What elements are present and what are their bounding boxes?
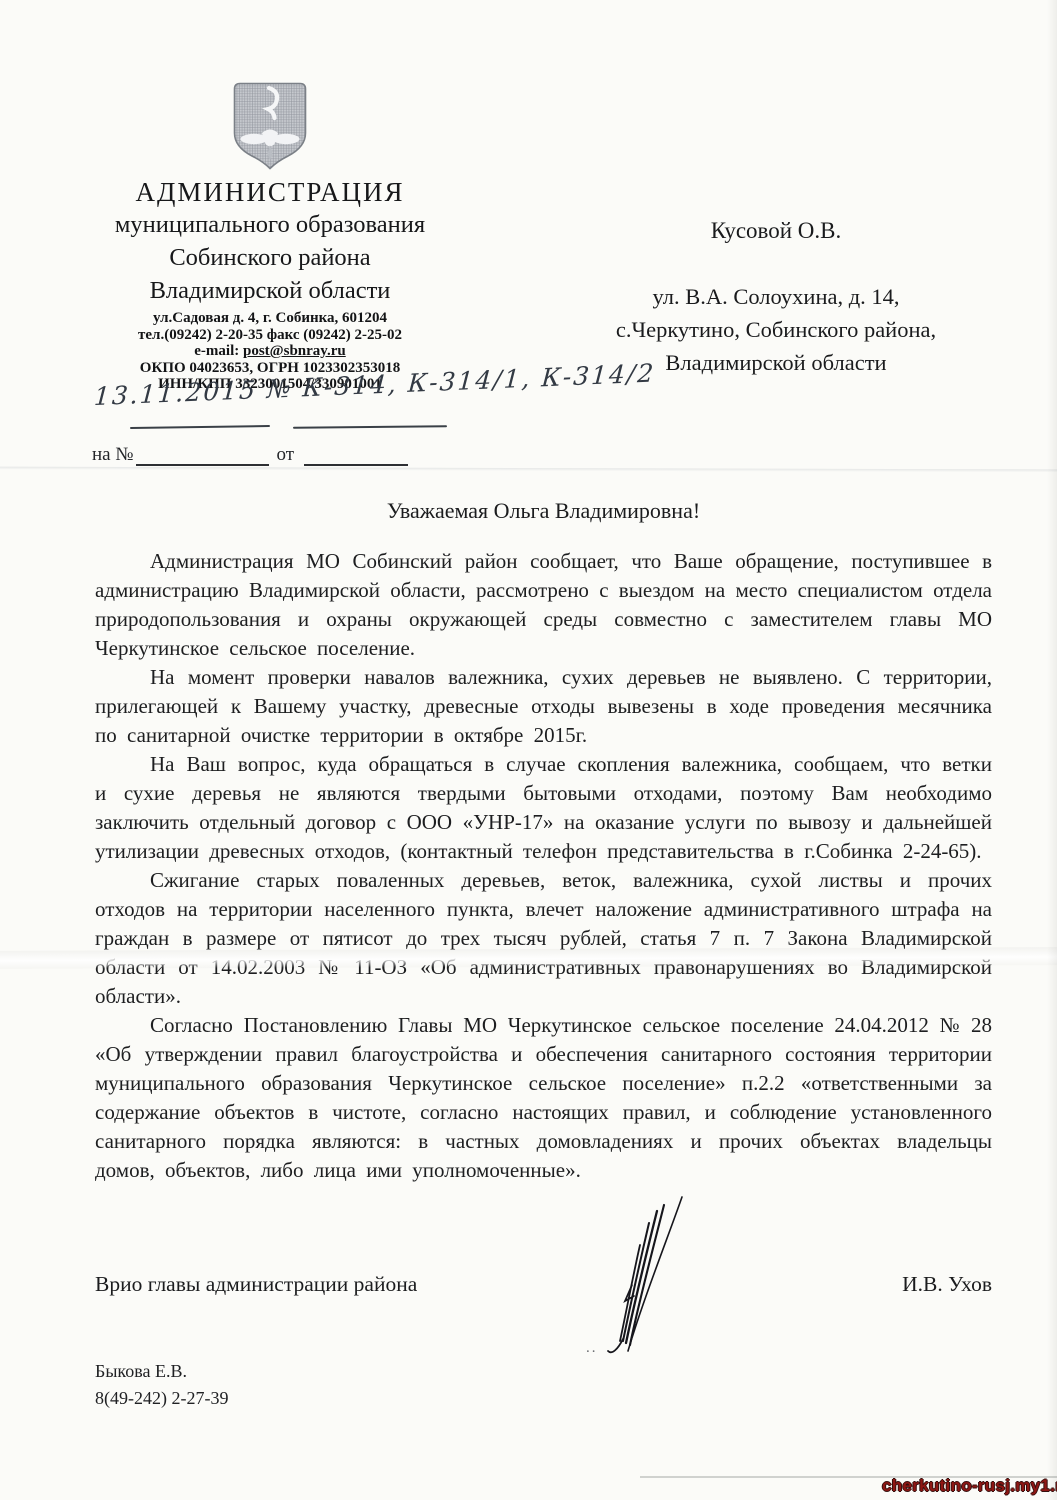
paragraph-3: На Ваш вопрос, куда обращаться в случае … [95,750,992,866]
recipient-address-1: ул. В.А. Солоухина, д. 14, [558,280,994,313]
site-watermark: cherkutino-rusj.my1.ru [882,1476,1057,1496]
salutation: Уважаемая Ольга Владимировна! [95,498,992,524]
paper-crease-top [0,467,1057,473]
org-subtitle-1: муниципального образования [100,208,440,241]
ink-speck: .. [586,1340,598,1357]
org-address: ул.Садовая д. 4, г. Собинка, 601204 [100,310,440,327]
paragraph-2: На момент проверки навалов валежника, су… [95,663,992,750]
recipient-address-2: с.Черкутино, Собинского района, [558,313,994,346]
reply-reference-line: на № от [92,444,408,466]
outgoing-reference-block: 13.11.2015 № К-314, К-314/1, К-314/2 [95,388,615,448]
paragraph-4: Сжигание старых поваленных деревьев, вет… [95,866,992,1011]
reply-number-blank [136,444,269,466]
paragraph-5: Согласно Постановлению Главы МО Черкутин… [95,1011,992,1185]
executor-phone: 8(49-242) 2-27-39 [95,1385,228,1412]
executor-block: Быкова Е.В. 8(49-242) 2-27-39 [95,1358,228,1412]
number-blank-line [293,425,447,429]
paragraph-1: Администрация МО Собинский район сообщае… [95,547,992,663]
scanned-letter-page: АДМИНИСТРАЦИЯ муниципального образования… [0,0,1057,1500]
recipient-block: Кусовой О.В. ул. В.А. Солоухина, д. 14, … [558,218,994,379]
signer-name: И.В. Ухов [902,1272,992,1297]
date-blank-line [130,425,270,429]
org-subtitle-2: Собинского района [100,241,440,274]
org-phones: тел.(09242) 2-20-35 факс (09242) 2-25-02 [100,327,440,344]
letter-body: Администрация МО Собинский район сообщае… [95,547,992,1185]
org-email-line: e-mail: post@sbnray.ru [100,343,440,360]
org-subtitle-3: Владимирской области [100,274,440,307]
email-label: e-mail: [194,343,239,359]
executor-name: Быкова Е.В. [95,1358,228,1385]
org-name: АДМИНИСТРАЦИЯ [100,176,440,208]
coat-of-arms-icon [233,82,307,170]
recipient-name: Кусовой О.В. [558,218,994,244]
reply-date-blank [304,444,408,466]
reply-from-label: от [276,444,294,466]
letterhead: АДМИНИСТРАЦИЯ муниципального образования… [100,82,440,393]
email-address: post@sbnray.ru [243,343,346,359]
signer-position: Врио главы администрации района [95,1272,417,1297]
signature-row: Врио главы администрации района И.В. Ухо… [95,1272,992,1297]
reply-prefix-label: на № [92,444,133,466]
